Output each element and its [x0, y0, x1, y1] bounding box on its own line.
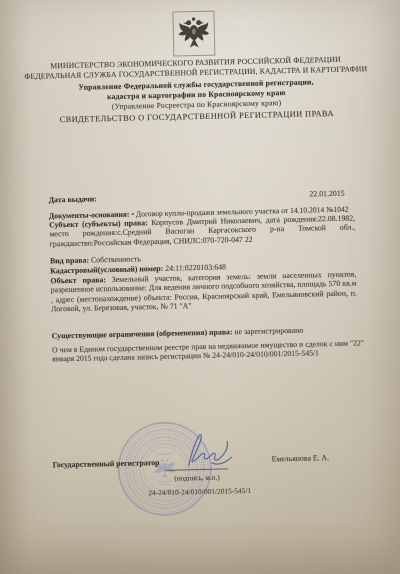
signature-caption: (подпись, м.п.) — [155, 473, 239, 483]
emblem-frame — [172, 11, 215, 57]
issue-date-row: Дата выдачи: 22.01.2015 — [49, 189, 345, 205]
registration-number: 24-24/010-24/010/001/2015-545/1 — [148, 487, 251, 497]
right-type-label: Вид права: — [50, 256, 89, 266]
issue-date-value: 22.01.2015 — [309, 189, 344, 199]
russian-coat-of-arms-icon — [176, 14, 211, 53]
issue-date-label: Дата выдачи: — [49, 194, 97, 204]
cadastral-value: 24:11:0220103:648 — [165, 262, 226, 272]
restrictions-value: не зарегистрировано — [234, 326, 303, 337]
object-paragraph: Объект права: Земельный участок, категор… — [50, 269, 357, 314]
restrictions-label: Существующие ограничения (обременения) п… — [52, 327, 233, 340]
registrar-name: Емельянова Е. А. — [271, 453, 329, 463]
right-type-value: Собственность — [91, 254, 141, 264]
subject-paragraph: Субъект (субъекты) права: Корпусов Дмитр… — [49, 213, 356, 248]
registry-note: О чем в Едином государственном реестре п… — [52, 338, 364, 364]
registrar-signature — [178, 427, 241, 472]
document-photo: МИНИСТЕРСТВО ЭКОНОМИЧЕСКОГО РАЗВИТИЯ РОС… — [0, 0, 400, 574]
restrictions-row: Существующие ограничения (обременения) п… — [52, 326, 304, 341]
certificate: МИНИСТЕРСТВО ЭКОНОМИЧЕСКОГО РАЗВИТИЯ РОС… — [0, 0, 400, 574]
